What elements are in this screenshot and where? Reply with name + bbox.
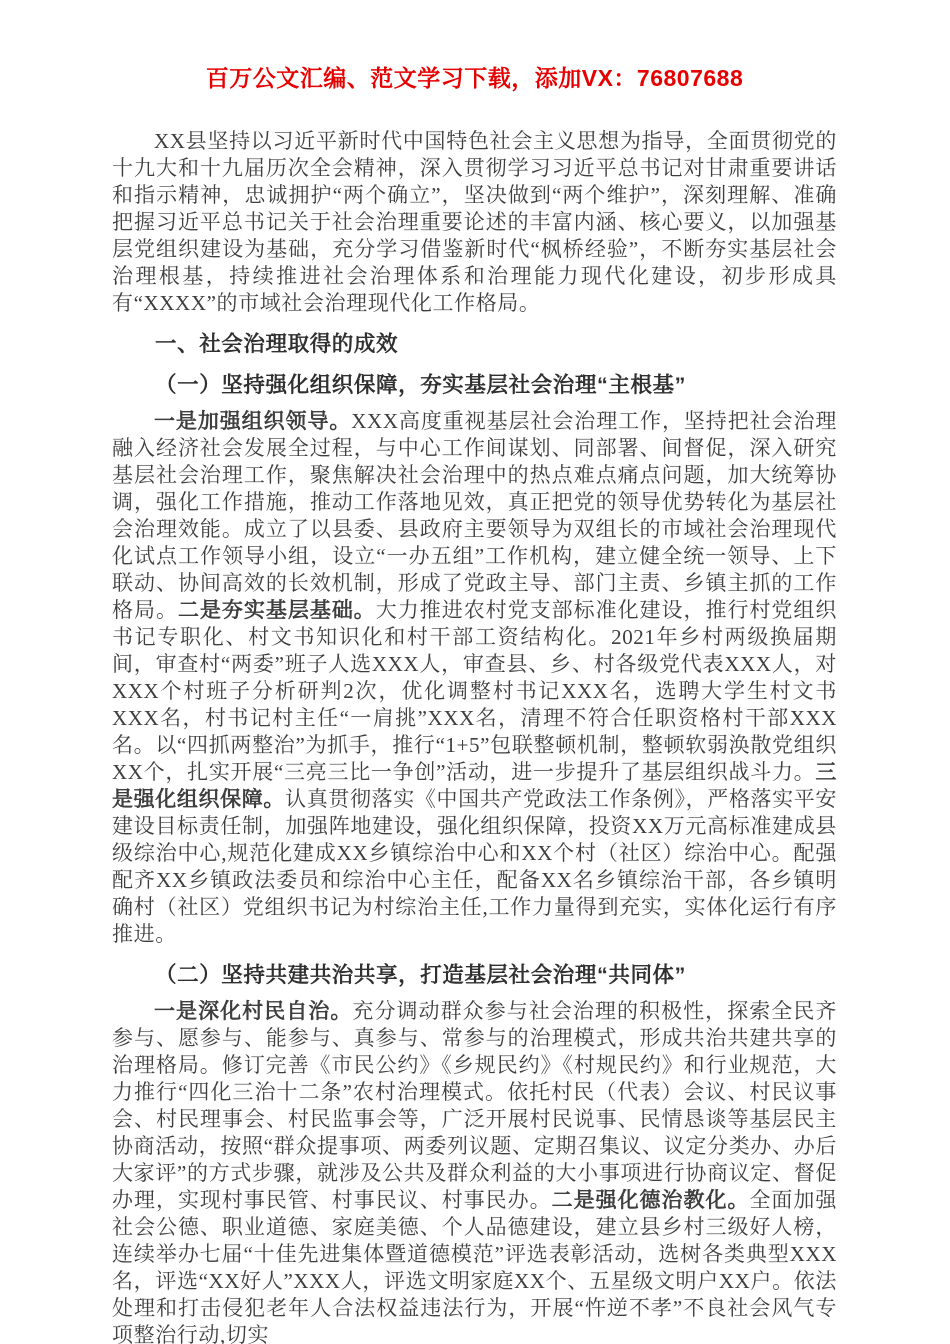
run-lead-villager-autonomy: 一是深化村民自治。	[154, 1000, 352, 1023]
run-body-strengthen-leadership: XXX高度重视基层社会治理工作，坚持把社会治理融入经济社会发展全过程，与中心工作…	[112, 409, 837, 622]
run-body-grassroots-foundation: 大力推进农村党支部标准化建设，推行村党组织书记专职化、村文书知识化和村干部工资结…	[112, 598, 837, 784]
section-1-2-heading: （二）坚持共建共治共享，打造基层社会治理“共同体”	[112, 962, 837, 989]
section-1-heading: 一、社会治理取得的成效	[112, 331, 837, 358]
header-notice: 百万公文汇编、范文学习下载，添加VX：76807688	[112, 62, 837, 94]
section-1-1-heading: （一）坚持强化组织保障，夯实基层社会治理“主根基”	[112, 372, 837, 399]
run-lead-moral-education: 二是强化德治教化。	[552, 1189, 750, 1212]
intro-paragraph: XX县坚持以习近平新时代中国特色社会主义思想为指导，全面贯彻党的十九大和十九届历…	[112, 128, 837, 317]
run-lead-strengthen-leadership: 一是加强组织领导。	[154, 410, 351, 433]
paragraph-co-governance: 一是深化村民自治。充分调动群众参与社会治理的积极性，探索全民齐参与、愿参与、能参…	[112, 998, 837, 1344]
run-body-villager-autonomy: 充分调动群众参与社会治理的积极性，探索全民齐参与、愿参与、能参与、真参与、常参与…	[112, 999, 837, 1212]
paragraph-organization-safeguard: 一是加强组织领导。XXX高度重视基层社会治理工作，坚持把社会治理融入经济社会发展…	[112, 408, 837, 948]
document-page: 百万公文汇编、范文学习下载，添加VX：76807688 XX县坚持以习近平新时代…	[0, 0, 950, 1344]
run-lead-grassroots-foundation: 二是夯实基层基础。	[178, 599, 376, 622]
